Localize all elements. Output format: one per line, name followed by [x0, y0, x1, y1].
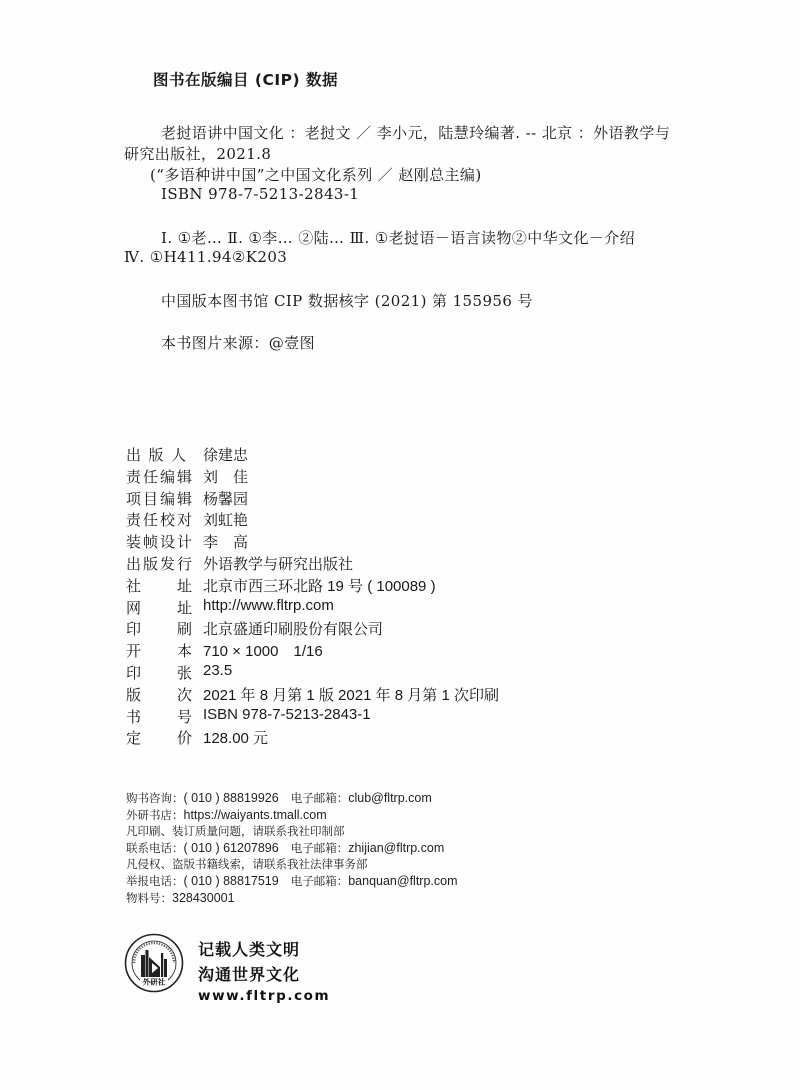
- contact-line: 举报电话：( 010 ) 88817519电子邮箱：banquan@fltrp.…: [126, 873, 458, 889]
- contact-label: 举报电话：: [126, 874, 184, 888]
- contact-value: ( 010 ) 61207896: [184, 841, 279, 855]
- contact-value: 328430001: [172, 891, 235, 905]
- credit-label-char: 版: [126, 684, 141, 705]
- credit-label-char: 版: [143, 553, 158, 574]
- contact-line: 凡侵权、盗版书籍线索，请联系我社法律事务部: [126, 856, 368, 872]
- svg-text:外研社: 外研社: [143, 977, 166, 987]
- credit-label-char: 任: [143, 509, 158, 530]
- contact-line: 联系电话：( 010 ) 61207896电子邮箱：zhijian@fltrp.…: [126, 840, 444, 856]
- credit-label-char: 印: [126, 662, 141, 683]
- credit-label-char: 校: [160, 509, 175, 530]
- credit-value: 710 × 1000 1/16: [203, 640, 323, 661]
- email-label: 电子邮箱：: [291, 841, 349, 855]
- credit-label-char: 计: [177, 531, 192, 552]
- email-value: banquan@fltrp.com: [348, 874, 457, 888]
- credit-label: 责任校对: [126, 509, 192, 530]
- credit-label: 开本: [126, 640, 192, 661]
- credit-label: 装帧设计: [126, 531, 192, 552]
- credit-value: ISBN 978-7-5213-2843-1: [203, 706, 371, 723]
- credit-label-char: 发: [160, 553, 175, 574]
- contact-line: 凡印刷、装订质量问题，请联系我社印制部: [126, 823, 345, 839]
- credit-label: 出版人: [126, 444, 186, 465]
- credit-label-char: 开: [126, 640, 141, 661]
- credit-value: 徐建忠: [203, 444, 248, 465]
- contact-value: ( 010 ) 88819926: [184, 791, 279, 805]
- credit-value: 北京市西三环北路 19 号 ( 100089 ): [203, 575, 436, 596]
- credit-label-char: 出: [126, 444, 141, 465]
- cip-classification-line-1: Ⅰ. ①老… Ⅱ. ①李… ②陆… Ⅲ. ①老挝语－语言读物②中华文化－介绍: [161, 227, 635, 248]
- credit-label-char: 项: [126, 488, 141, 509]
- email-label: 电子邮箱：: [291, 874, 349, 888]
- credit-label: 出版发行: [126, 553, 192, 574]
- credit-label-char: 刷: [177, 618, 192, 639]
- credit-label: 责任编辑: [126, 466, 192, 487]
- credit-label-char: 出: [126, 553, 141, 574]
- credit-label-char: 人: [171, 444, 186, 465]
- image-source-line: 本书图片来源：@壹图: [161, 332, 315, 353]
- cip-record-line-2: 研究出版社，2021.8: [124, 143, 271, 164]
- contact-label: 凡侵权、盗版书籍线索，请联系我社法律事务部: [126, 857, 368, 871]
- credit-label-char: 编: [160, 466, 175, 487]
- credit-value: 刘虹艳: [203, 509, 248, 530]
- contact-value: ( 010 ) 88817519: [184, 874, 279, 888]
- credit-value: 杨馨园: [203, 488, 248, 509]
- credit-label: 印刷: [126, 618, 192, 639]
- credit-label-char: 对: [177, 509, 192, 530]
- contact-line: 购书咨询：( 010 ) 88819926电子邮箱：club@fltrp.com: [126, 790, 432, 806]
- credit-label-char: 张: [177, 662, 192, 683]
- contact-line: 外研书店：https://waiyants.tmall.com: [126, 807, 327, 823]
- credit-value: 北京盛通印刷股份有限公司: [203, 618, 383, 639]
- credit-value: 2021 年 8 月第 1 版 2021 年 8 月第 1 次印刷: [203, 684, 499, 705]
- credit-label-char: 设: [160, 531, 175, 552]
- credit-label-char: 责: [126, 509, 141, 530]
- credit-label-char: 价: [177, 727, 192, 748]
- contact-value: https://waiyants.tmall.com: [184, 808, 327, 822]
- contact-line: 物料号：328430001: [126, 890, 235, 906]
- credit-label-char: 行: [177, 553, 192, 574]
- credit-label-char: 目: [143, 488, 158, 509]
- credit-label-char: 社: [126, 575, 141, 596]
- credit-label: 网址: [126, 597, 192, 618]
- credit-label: 项目编辑: [126, 488, 192, 509]
- credit-value: 23.5: [203, 662, 232, 679]
- cip-isbn-line: ISBN 978-7-5213-2843-1: [161, 185, 359, 203]
- credit-label-char: 本: [177, 640, 192, 661]
- credit-label-char: 址: [177, 575, 192, 596]
- credit-label: 书号: [126, 706, 192, 727]
- credit-label: 版次: [126, 684, 192, 705]
- cip-classification-line-2: Ⅳ. ①H411.94②K203: [124, 248, 287, 266]
- contact-label: 购书咨询：: [126, 791, 184, 805]
- email-value: zhijian@fltrp.com: [348, 841, 444, 855]
- publisher-website: www.fltrp.com: [198, 988, 330, 1004]
- contact-label: 联系电话：: [126, 841, 184, 855]
- credit-label-char: 定: [126, 727, 141, 748]
- credit-value: http://www.fltrp.com: [203, 597, 334, 614]
- credit-label-char: 辑: [177, 466, 192, 487]
- contact-label: 凡印刷、装订质量问题，请联系我社印制部: [126, 824, 345, 838]
- copyright-page: 图书在版编目 (CIP) 数据 老挝语讲中国文化 ：老挝文 ／ 李小元，陆慧玲编…: [0, 0, 800, 1090]
- credit-label: 定价: [126, 727, 192, 748]
- credit-label-char: 装: [126, 531, 141, 552]
- cip-title: 图书在版编目 (CIP) 数据: [153, 68, 338, 90]
- credit-value: 李 高: [203, 531, 248, 552]
- credit-label-char: 帧: [143, 531, 158, 552]
- publisher-slogan-line-1: 记载人类文明: [198, 937, 300, 960]
- publisher-logo-icon: 外研社: [124, 933, 184, 993]
- credit-value: 刘 佳: [203, 466, 248, 487]
- credit-label-char: 址: [177, 597, 192, 618]
- cip-approval-number: 中国版本图书馆 CIP 数据核字 (2021) 第 155956 号: [161, 290, 533, 311]
- email-label: 电子邮箱：: [291, 791, 349, 805]
- contact-label: 物料号：: [126, 891, 172, 905]
- credit-label-char: 辑: [177, 488, 192, 509]
- credit-label-char: 印: [126, 618, 141, 639]
- publisher-slogan-line-2: 沟通世界文化: [198, 962, 300, 985]
- credit-label-char: 任: [143, 466, 158, 487]
- credit-label-char: 编: [160, 488, 175, 509]
- credit-label-char: 网: [126, 597, 141, 618]
- credit-label-char: 书: [126, 706, 141, 727]
- cip-record-line-1: 老挝语讲中国文化 ：老挝文 ／ 李小元，陆慧玲编著. -- 北京 ：外语教学与: [161, 122, 670, 143]
- credit-label-char: 版: [148, 444, 163, 465]
- credit-label: 社址: [126, 575, 192, 596]
- credit-value: 外语教学与研究出版社: [203, 553, 353, 574]
- cip-series-line: (“多语种讲中国”之中国文化系列 ／ 赵刚总主编): [150, 164, 482, 185]
- credit-label-char: 次: [177, 684, 192, 705]
- credit-value: 128.00 元: [203, 727, 268, 748]
- credit-label-char: 责: [126, 466, 141, 487]
- contact-label: 外研书店：: [126, 808, 184, 822]
- credit-label: 印张: [126, 662, 192, 683]
- email-value: club@fltrp.com: [348, 791, 432, 805]
- credit-label-char: 号: [177, 706, 192, 727]
